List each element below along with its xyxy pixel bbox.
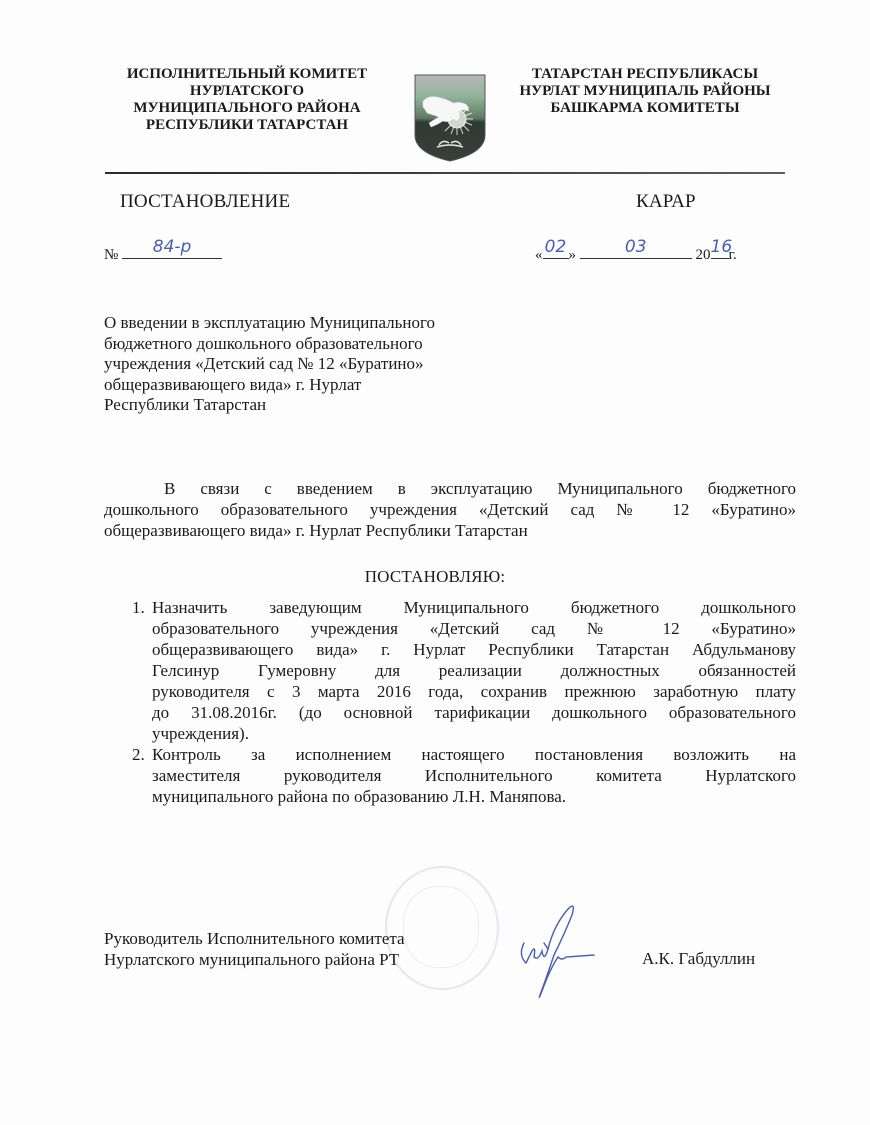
- item-line: муниципального района по образованию Л.Н…: [152, 786, 796, 807]
- decree-heading: ПОСТАНОВЛЯЮ:: [0, 567, 870, 587]
- doc-type-tatar: КАРАР: [636, 191, 696, 213]
- header-left-russian: ИСПОЛНИТЕЛЬНЫЙ КОМИТЕТ НУРЛАТСКОГО МУНИЦ…: [112, 66, 382, 134]
- decree-items: 1. Назначить заведующим Муниципального б…: [104, 597, 796, 807]
- header-right-line: ТАТАРСТАН РЕСПУБЛИКАСЫ: [500, 66, 790, 83]
- date-year-field: 16: [711, 240, 729, 259]
- subject-line: Республики Татарстан: [104, 395, 524, 416]
- document-subject: О введении в эксплуатацию Муниципального…: [104, 313, 524, 416]
- date-open-quote: «: [535, 247, 543, 263]
- decree-item-1: 1. Назначить заведующим Муниципального б…: [104, 597, 796, 744]
- item-line: Гелсинур Гумеровну для реализации должно…: [152, 660, 796, 681]
- preamble-line: дошкольного образовательного учреждения …: [104, 499, 796, 520]
- number-prefix: №: [104, 247, 118, 263]
- preamble-line: В связи с введением в эксплуатацию Муниц…: [104, 478, 796, 499]
- item-line: руководителя с 3 марта 2016 года, сохран…: [152, 681, 796, 702]
- item-number: 1.: [132, 597, 145, 618]
- subject-line: общеразвивающего вида» г. Нурлат: [104, 375, 524, 396]
- header-left-line: МУНИЦИПАЛЬНОГО РАЙОНА: [112, 100, 382, 117]
- item-line: заместителя руководителя Исполнительного…: [152, 765, 796, 786]
- header-left-line: ИСПОЛНИТЕЛЬНЫЙ КОМИТЕТ: [112, 66, 382, 83]
- header-right-line: НУРЛАТ МУНИЦИПАЛЬ РАЙОНЫ: [500, 83, 790, 100]
- date-year-handwritten: 16: [711, 237, 729, 257]
- item-line: учреждения).: [152, 723, 796, 744]
- doc-type-russian: ПОСТАНОВЛЕНИЕ: [120, 191, 290, 213]
- signatory-name: А.К. Габдуллин: [642, 949, 755, 969]
- item-line: Контроль за исполнением настоящего поста…: [152, 744, 796, 765]
- handwritten-signature-icon: [510, 895, 620, 1005]
- coat-of-arms-icon: [413, 73, 487, 163]
- date-month-handwritten: 03: [580, 237, 692, 257]
- signatory-title-line: Руководитель Исполнительного комитета: [104, 928, 405, 949]
- date-day-field: 02: [543, 240, 569, 259]
- signatory-title-line: Нурлатского муниципального района РТ: [104, 949, 405, 970]
- header-left-line: РЕСПУБЛИКИ ТАТАРСТАН: [112, 117, 382, 134]
- date-close-quote: »: [569, 247, 577, 263]
- item-line: до 31.08.2016г. (до основной тарификации…: [152, 702, 796, 723]
- subject-line: О введении в эксплуатацию Муниципального: [104, 313, 524, 334]
- number-field: 84-р: [122, 240, 222, 259]
- header-right-tatar: ТАТАРСТАН РЕСПУБЛИКАСЫ НУРЛАТ МУНИЦИПАЛЬ…: [500, 66, 790, 117]
- date-year-prefix: 20: [696, 247, 711, 263]
- item-number: 2.: [132, 744, 145, 765]
- date-day-handwritten: 02: [543, 237, 569, 257]
- subject-line: бюджетного дошкольного образовательного: [104, 334, 524, 355]
- signatory-title: Руководитель Исполнительного комитета Ну…: [104, 928, 405, 970]
- document-number: № 84-р: [104, 240, 222, 264]
- item-line: Назначить заведующим Муниципального бюдж…: [152, 597, 796, 618]
- preamble-paragraph: В связи с введением в эксплуатацию Муниц…: [104, 478, 796, 541]
- item-line: образовательного учреждения «Детский сад…: [152, 618, 796, 639]
- item-line: общеразвивающего вида» г. Нурлат Республ…: [152, 639, 796, 660]
- header-divider: [105, 172, 785, 174]
- decree-item-2: 2. Контроль за исполнением настоящего по…: [104, 744, 796, 807]
- subject-line: учреждения «Детский сад № 12 «Буратино»: [104, 354, 524, 375]
- date-month-field: 03: [580, 240, 692, 259]
- document-date: «02» 03 2016г.: [535, 240, 737, 264]
- header-left-line: НУРЛАТСКОГО: [112, 83, 382, 100]
- header-right-line: БАШКАРМА КОМИТЕТЫ: [500, 100, 790, 117]
- official-stamp-inner-ring: [403, 886, 479, 968]
- preamble-line: общеразвивающего вида» г. Нурлат Республ…: [104, 520, 796, 541]
- number-handwritten: 84-р: [122, 237, 222, 257]
